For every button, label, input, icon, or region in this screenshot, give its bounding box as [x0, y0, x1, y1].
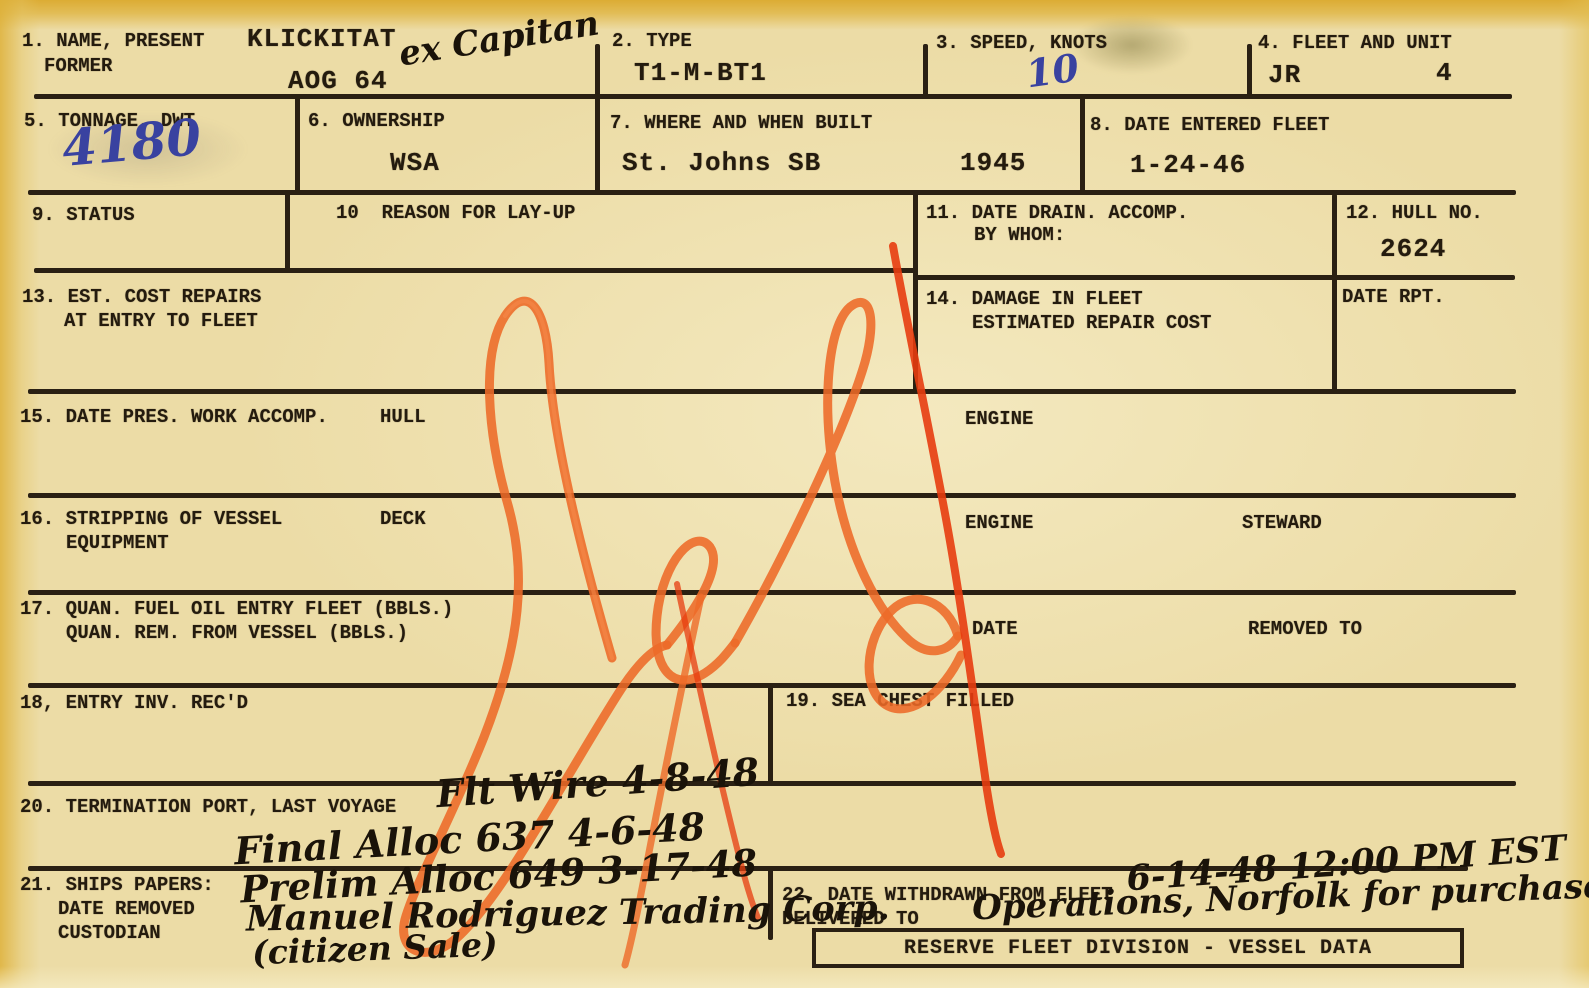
stripping-label: 16. STRIPPING OF VESSEL — [20, 508, 282, 530]
est-cost-label2: AT ENTRY TO FLEET — [64, 310, 258, 332]
delivered-to-handwriting: Operations, Norfolk for purchaser — [972, 869, 1589, 926]
damage-label2: ESTIMATED REPAIR COST — [972, 312, 1211, 334]
built-label: 7. WHERE AND WHEN BUILT — [610, 112, 872, 134]
equipment-label: EQUIPMENT — [66, 532, 169, 554]
grid-line-v-drain — [913, 192, 918, 391]
type-value: T1-M-BT1 — [634, 58, 767, 88]
sold-letter-d-stem — [893, 246, 1001, 854]
deck-column-label: DECK — [380, 508, 426, 530]
grid-line-v-speed — [923, 44, 928, 96]
name-former-handwriting: ex Capitan — [397, 6, 602, 71]
grid-line-h6 — [28, 590, 1516, 595]
hull-no-value: 2624 — [1380, 234, 1446, 264]
sold-letter-o — [656, 541, 735, 680]
date-pres-work-label: 15. DATE PRES. WORK ACCOMP. — [20, 406, 328, 428]
name-present-value: KLICKITAT — [247, 24, 396, 54]
engine-column-label: ENGINE — [965, 408, 1033, 430]
status-label: 9. STATUS — [32, 204, 135, 226]
speed-handwriting: 10 — [1024, 49, 1082, 94]
grid-line-v-type — [595, 44, 600, 96]
card-title-box: RESERVE FLEET DIVISION - VESSEL DATA — [812, 928, 1464, 968]
unit-value: 4 — [1436, 58, 1453, 88]
sold-crayon-highlight — [505, 301, 612, 658]
name-former-value: AOG 64 — [288, 66, 388, 96]
ownership-label: 6. OWNERSHIP — [308, 110, 445, 132]
date-column-label: DATE — [972, 618, 1018, 640]
grid-line-v-ownership — [295, 96, 300, 192]
sea-chest-label: 19. SEA CHEST FILLED — [786, 690, 1014, 712]
sold-letter-l — [735, 302, 958, 650]
grid-line-h2 — [28, 190, 1516, 195]
est-cost-label: 13. EST. COST REPAIRS — [22, 286, 261, 308]
paper-edge-bottom — [0, 966, 1589, 988]
ships-papers-label: 21. SHIPS PAPERS: — [20, 874, 214, 896]
fuel-oil-removed-label: QUAN. REM. FROM VESSEL (BBLS.) — [66, 622, 408, 644]
termination-port-handwriting: Flt Wire 4-8-48 — [435, 753, 760, 813]
by-whom-label: BY WHOM: — [974, 224, 1065, 246]
fleet-unit-label: 4. FLEET AND UNIT — [1258, 32, 1452, 54]
grid-line-v-fleet — [1247, 44, 1252, 96]
layup-reason-label: 10 REASON FOR LAY-UP — [336, 202, 575, 224]
grid-line-h5 — [28, 493, 1516, 498]
grid-line-h3-left — [34, 268, 915, 273]
hull-column-label: HULL — [380, 406, 426, 428]
tonnage-handwriting: 4180 — [60, 112, 203, 174]
built-place-value: St. Johns SB — [622, 148, 821, 178]
grid-line-h4 — [28, 389, 1516, 394]
fleet-value: JR — [1268, 60, 1301, 90]
engine-column-label2: ENGINE — [965, 512, 1033, 534]
grid-line-v-entered — [1080, 96, 1085, 192]
grid-line-v-seachest — [768, 683, 773, 783]
built-year-value: 1945 — [960, 148, 1026, 178]
card-title: RESERVE FLEET DIVISION - VESSEL DATA — [904, 937, 1372, 960]
citizen-sale-handwriting: (citizen Sale) — [251, 928, 498, 970]
vessel-data-card: 1. NAME, PRESENT FORMER KLICKITAT ex Cap… — [0, 0, 1589, 988]
type-label: 2. TYPE — [612, 30, 692, 52]
entry-inv-label: 18, ENTRY INV. REC'D — [20, 692, 248, 714]
removed-to-column-label: REMOVED TO — [1248, 618, 1362, 640]
speed-label: 3. SPEED, KNOTS — [936, 32, 1107, 54]
hull-no-label: 12. HULL NO. — [1346, 202, 1483, 224]
grid-line-v-built — [595, 96, 600, 192]
termination-port-label: 20. TERMINATION PORT, LAST VOYAGE — [20, 796, 396, 818]
steward-column-label: STEWARD — [1242, 512, 1322, 534]
date-entered-label: 8. DATE ENTERED FLEET — [1090, 114, 1329, 136]
grid-line-h3-right — [913, 275, 1515, 280]
date-entered-value: 1-24-46 — [1130, 150, 1246, 180]
fuel-oil-entry-label: 17. QUAN. FUEL OIL ENTRY FLEET (BBLS.) — [20, 598, 453, 620]
grid-line-v-hullno — [1332, 194, 1337, 391]
ownership-value: WSA — [390, 148, 440, 178]
date-rpt-label: DATE RPT. — [1342, 286, 1445, 308]
custodian-label: CUSTODIAN — [58, 922, 161, 944]
name-former-label: FORMER — [44, 55, 112, 77]
name-present-label: 1. NAME, PRESENT — [22, 30, 204, 52]
date-removed-label: DATE REMOVED — [58, 898, 195, 920]
date-drain-label: 11. DATE DRAIN. ACCOMP. — [926, 202, 1188, 224]
grid-line-v-layup — [285, 192, 290, 270]
paper-edge-top — [0, 0, 1589, 30]
grid-line-h1 — [34, 94, 1512, 99]
damage-label: 14. DAMAGE IN FLEET — [926, 288, 1143, 310]
